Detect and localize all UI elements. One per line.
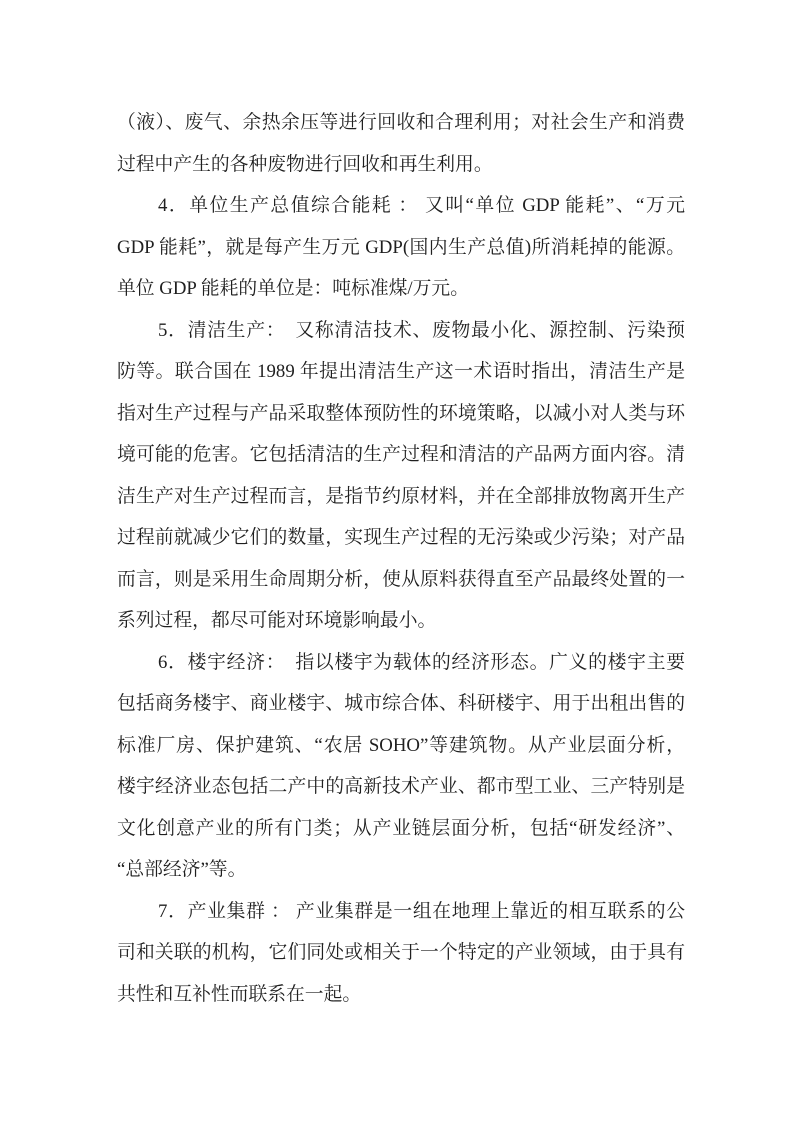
text-line: 系列过程，都尽可能对环境影响最小。 xyxy=(117,600,685,642)
paragraph: 6．楼宇经济： 指以楼宇为载体的经济形态。广义的楼宇主要包括商务楼宇、商业楼宇、… xyxy=(117,642,685,891)
text-block: （液）、废气、余热余压等进行回收和合理利用；对社会生产和消费过程中产生的各种废物… xyxy=(117,102,685,1015)
text-line: GDP 能耗”，就是每产生万元 GDP(国内生产总值)所消耗掉的能源。 xyxy=(117,227,685,269)
paragraph: 7．产业集群 ： 产业集群是一组在地理上靠近的相互联系的公司和关联的机构，它们同… xyxy=(117,891,685,1016)
text-line: 防等。联合国在 1989 年提出清洁生产这一术语时指出，清洁生产是 xyxy=(117,351,685,393)
text-line: 洁生产对生产过程而言，是指节约原材料，并在全部排放物离开生产 xyxy=(117,476,685,518)
text-line: 境可能的危害。它包括清洁的生产过程和清洁的产品两方面内容。清 xyxy=(117,434,685,476)
paragraph: （液）、废气、余热余压等进行回收和合理利用；对社会生产和消费过程中产生的各种废物… xyxy=(117,102,685,185)
text-line: 指对生产过程与产品采取整体预防性的环境策略，以减小对人类与环 xyxy=(117,393,685,435)
text-line: 司和关联的机构，它们同处或相关于一个特定的产业领域，由于具有 xyxy=(117,932,685,974)
text-line: 楼宇经济业态包括二产中的高新技术产业、都市型工业、三产特别是 xyxy=(117,766,685,808)
text-line: 文化创意产业的所有门类；从产业链层面分析，包括“研发经济”、 xyxy=(117,808,685,850)
text-line: 过程前就减少它们的数量，实现生产过程的无污染或少污染；对产品 xyxy=(117,517,685,559)
text-line: 4．单位生产总值综合能耗 ： 又叫“单位 GDP 能耗”、“万元 xyxy=(117,185,685,227)
document-page: （液）、废气、余热余压等进行回收和合理利用；对社会生产和消费过程中产生的各种废物… xyxy=(0,0,793,1122)
text-line: “总部经济”等。 xyxy=(117,849,685,891)
text-line: 过程中产生的各种废物进行回收和再生利用。 xyxy=(117,144,685,186)
text-line: （液）、废气、余热余压等进行回收和合理利用；对社会生产和消费 xyxy=(117,102,685,144)
text-line: 包括商务楼宇、商业楼宇、城市综合体、科研楼宇、用于出租出售的 xyxy=(117,683,685,725)
text-line: 单位 GDP 能耗的单位是：吨标准煤/万元。 xyxy=(117,268,685,310)
text-line: 共性和互补性而联系在一起。 xyxy=(117,974,685,1016)
text-line: 7．产业集群 ： 产业集群是一组在地理上靠近的相互联系的公 xyxy=(117,891,685,933)
paragraph: 5．清洁生产： 又称清洁技术、废物最小化、源控制、污染预防等。联合国在 1989… xyxy=(117,310,685,642)
text-line: 标准厂房、保护建筑、“农居 SOHO”等建筑物。从产业层面分析， xyxy=(117,725,685,767)
text-line: 5．清洁生产： 又称清洁技术、废物最小化、源控制、污染预 xyxy=(117,310,685,352)
text-line: 6．楼宇经济： 指以楼宇为载体的经济形态。广义的楼宇主要 xyxy=(117,642,685,684)
paragraph: 4．单位生产总值综合能耗 ： 又叫“单位 GDP 能耗”、“万元GDP 能耗”，… xyxy=(117,185,685,310)
text-line: 而言，则是采用生命周期分析，使从原料获得直至产品最终处置的一 xyxy=(117,559,685,601)
